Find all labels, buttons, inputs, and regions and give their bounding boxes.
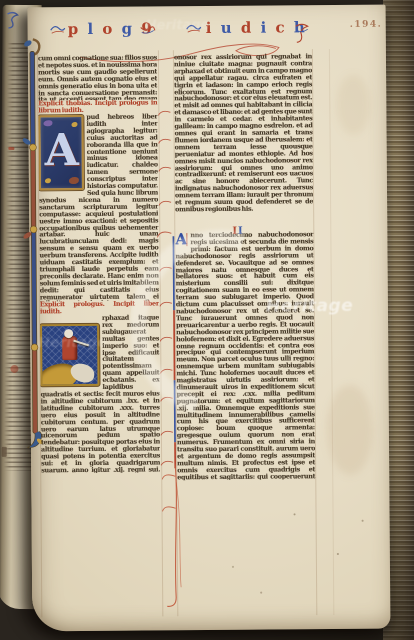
facing-page-paraph-icon <box>5 11 19 29</box>
initial-letter-a: A <box>44 125 77 177</box>
judith-ch1-continued-text: onosor rex assiriorum qui regnabat in ni… <box>174 53 313 232</box>
speck <box>232 566 234 568</box>
tobit-ending-text: cum omni cognatione sua: filios suos et … <box>38 54 157 100</box>
initial-foliage <box>69 177 79 184</box>
manuscript-page: p l o g 9 i u d i c h .194. <box>28 5 391 632</box>
facing-page-ink-mark <box>2 447 7 457</box>
parchment-stain <box>336 75 370 135</box>
facing-page-red-mark <box>10 365 18 373</box>
watermark-text: Heritage <box>266 296 353 317</box>
title-letter: i <box>260 19 268 37</box>
folio-number: .194. <box>350 20 383 30</box>
ruling-line <box>329 49 334 615</box>
facing-page-red-mark <box>8 147 14 150</box>
speck <box>337 553 339 555</box>
watermark-text-faint: Heritage <box>38 335 107 352</box>
initial-foliage <box>45 178 51 183</box>
historiated-initial-judith-beheading-holofernes <box>40 324 99 386</box>
speck <box>260 592 262 594</box>
flourish-icon <box>50 24 66 36</box>
title-letter: g <box>122 20 135 38</box>
title-letter: u <box>221 19 234 37</box>
watermark-text-faint: Heritage <box>146 18 210 33</box>
manuscript-photograph: { "colors": { "rubric_red": "#b0432c", "… <box>0 0 414 640</box>
title-letter: p <box>68 20 81 38</box>
decorated-initial-apud: A <box>38 115 84 190</box>
title-letter: o <box>102 20 114 38</box>
text-column-left: cum omni cognatione sua: filios suos et … <box>38 54 160 473</box>
title-letter: d <box>241 19 254 37</box>
rubric-explicit-tobias: Explicit thobias. Incipit prologus in li… <box>38 99 157 114</box>
parchment-stain <box>327 385 374 475</box>
prologue-block: A pud hebreos liber iudith inter agiogra… <box>38 113 158 301</box>
title-letter: l <box>87 20 95 38</box>
speck <box>294 513 296 515</box>
flourish-icon <box>294 21 312 43</box>
speck <box>362 520 364 522</box>
title-letter: c <box>275 18 286 36</box>
